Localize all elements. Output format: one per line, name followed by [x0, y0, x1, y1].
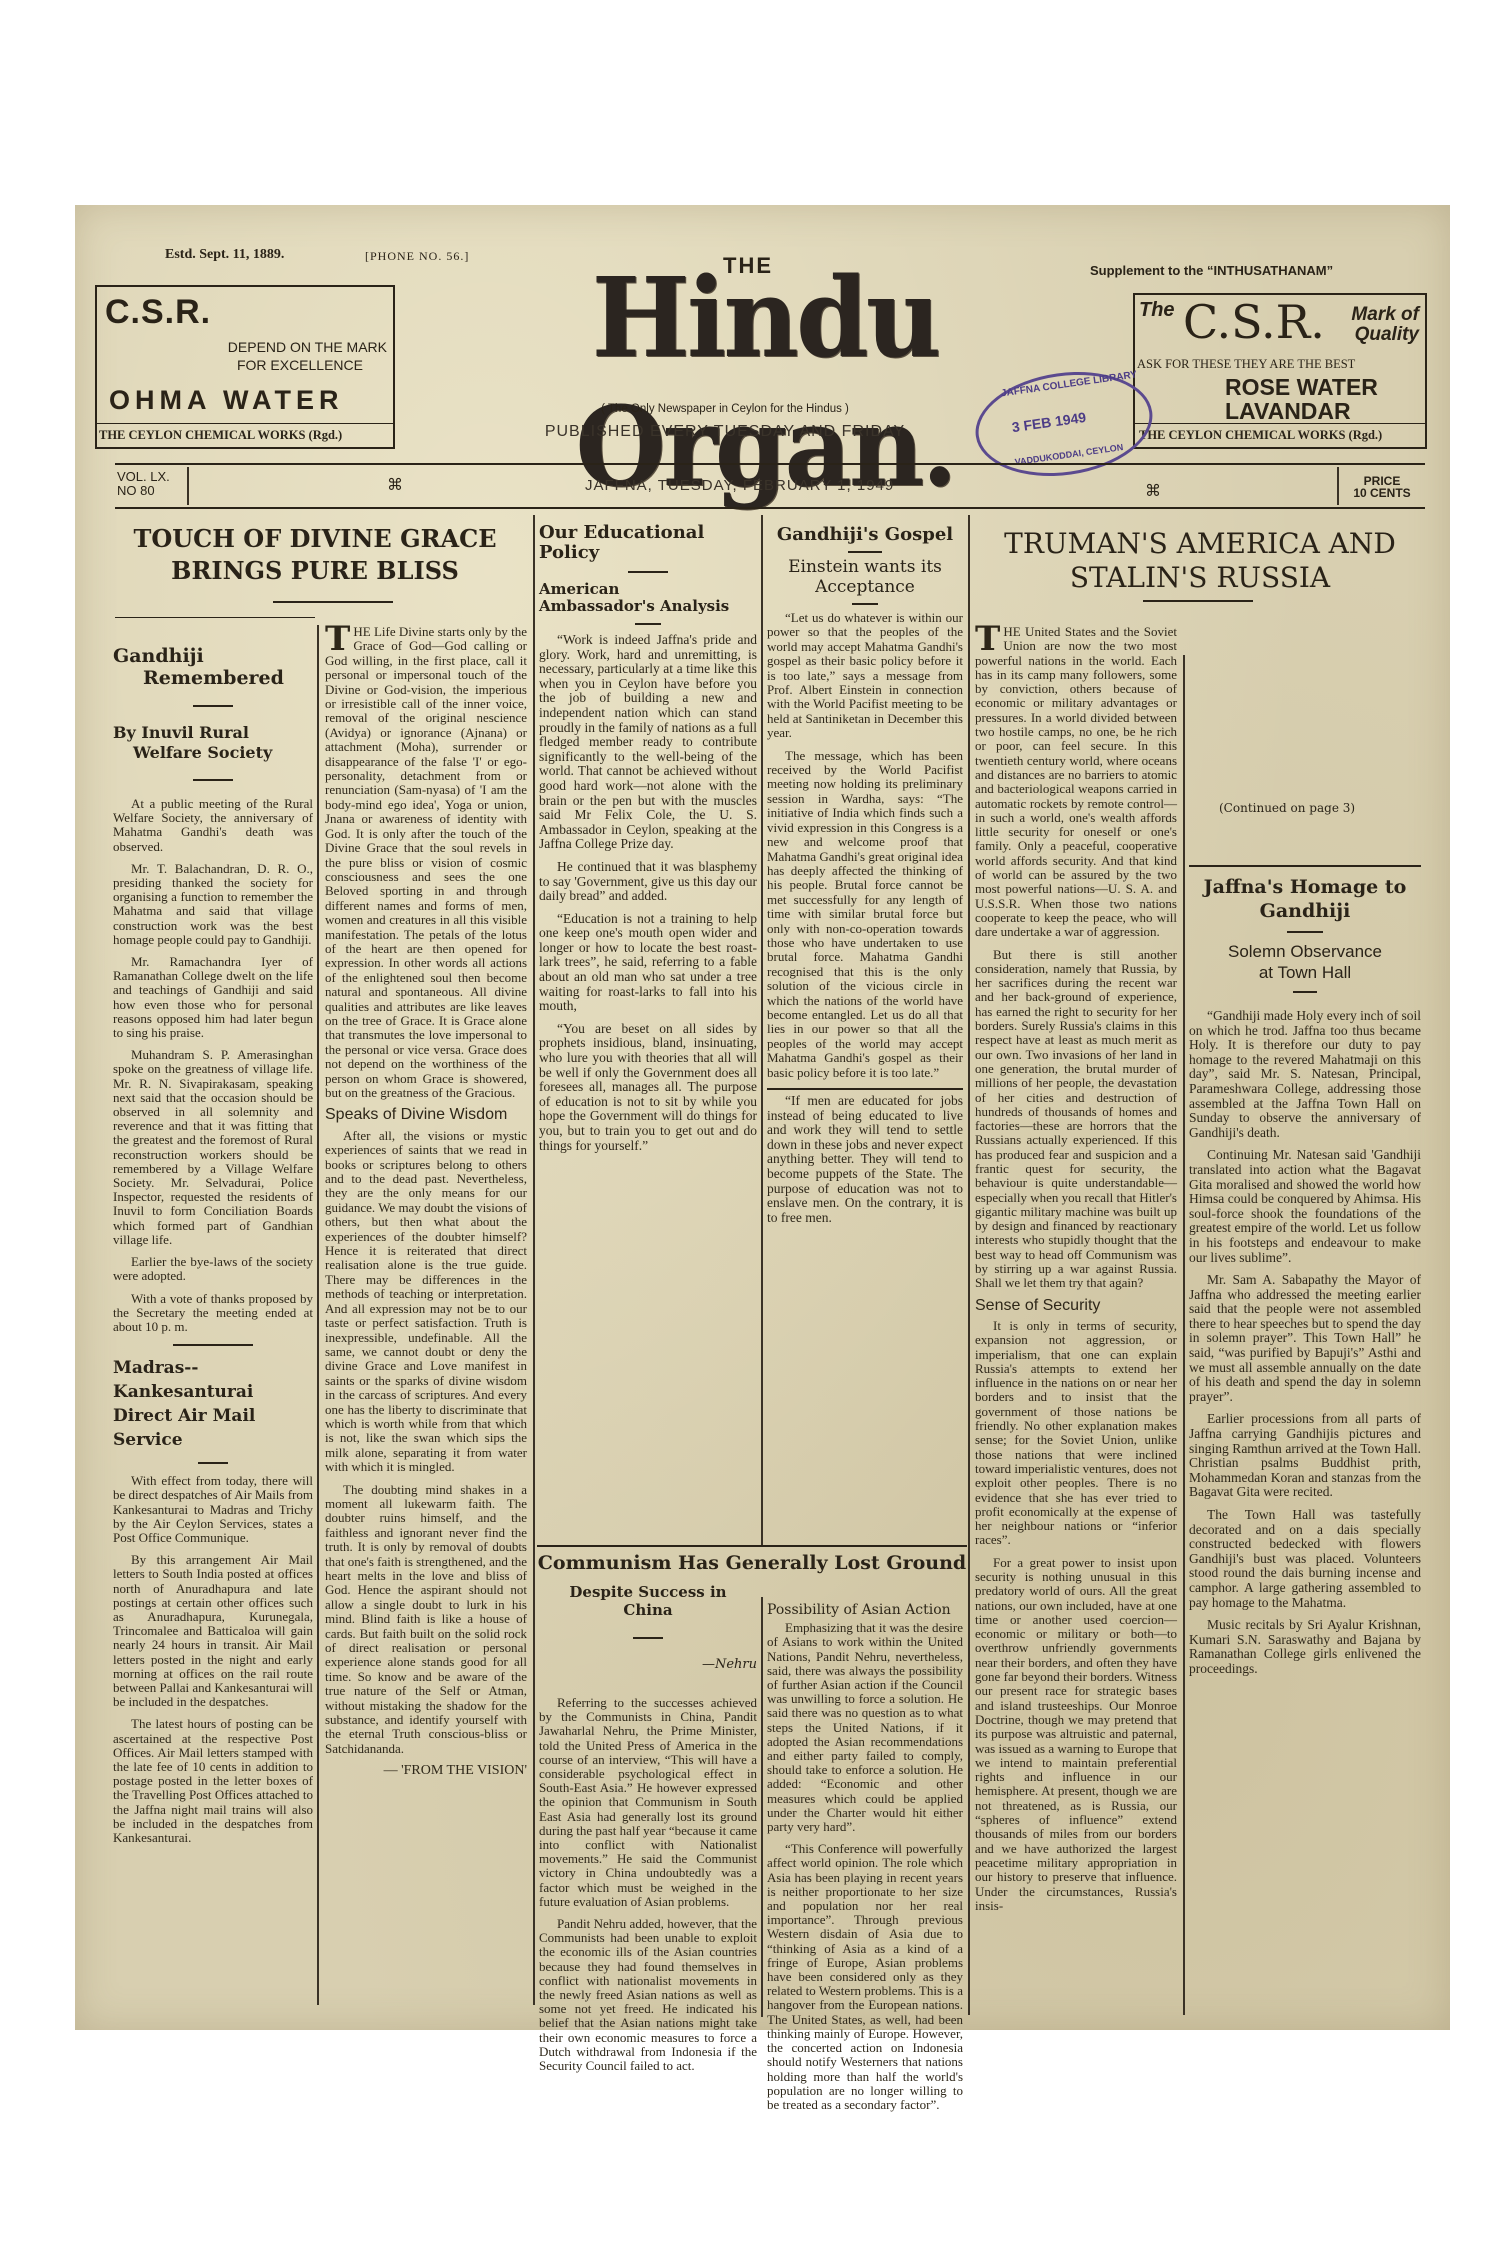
article-body: “Let us do whatever is within our power …: [767, 611, 963, 1080]
article-truman-body: THE United States and the Soviet Union a…: [975, 625, 1177, 1921]
subhead-einstein: Einstein wants its Acceptance: [767, 557, 963, 597]
ad-rose-water: The C.S.R. Mark of Quality ASK FOR THESE…: [1133, 293, 1427, 449]
subhead-divine-wisdom: Speaks of Divine Wisdom: [325, 1108, 527, 1122]
dropcap: T: [325, 625, 350, 653]
signature: — 'FROM THE VISION': [325, 1764, 527, 1778]
ad-company: THE CEYLON CHEMICAL WORKS (Rgd.): [99, 428, 342, 443]
headline-jaffna-homage: Jaffna's Homage to Gandhiji: [1189, 875, 1421, 923]
headline-gandhiji-gospel: Gandhiji's Gospel: [767, 523, 963, 547]
dropcap: T: [975, 625, 1000, 653]
article-body: Referring to the successes achieved by t…: [539, 1696, 757, 2073]
ad-products: ROSE WATER LAVANDAR: [1225, 375, 1378, 423]
article-communism-continued: Possibility of Asian Action Emphasizing …: [767, 1585, 963, 2120]
article-gandhiji-gospel: Gandhiji's Gospel Einstein wants its Acc…: [767, 523, 963, 1233]
continued-note: (Continued on page 3): [1219, 801, 1355, 815]
headline-communism: Communism Has Generally Lost Ground: [537, 1551, 967, 1575]
article-communism: Despite Success in China —Nehru Referrin…: [539, 1583, 757, 2081]
ad-mark-of-quality: Mark of Quality: [1351, 305, 1419, 345]
established-date: Estd. Sept. 11, 1889.: [165, 247, 284, 263]
article-body: “Work is indeed Jaffna's pride and glory…: [539, 633, 757, 1153]
volume-number: VOL. LX. NO 80: [117, 470, 170, 498]
article-gandhiji-remembered: Gandhiji Remembered By Inuvil Rural Welf…: [113, 625, 313, 1853]
ad-brand-script: C.S.R.: [1183, 295, 1325, 349]
truman-spillover: [1189, 625, 1421, 865]
ad-ask: ASK FOR THESE THEY ARE THE BEST: [1137, 357, 1355, 372]
price: PRICE 10 CENTS: [1347, 475, 1417, 499]
masthead-tagline: ( The Only Newspaper in Ceylon for the H…: [545, 403, 905, 415]
ad-company: THE CEYLON CHEMICAL WORKS (Rgd.): [1139, 428, 1382, 443]
ornament-left: ⌘: [387, 475, 403, 494]
ad-the: The: [1139, 299, 1175, 322]
ad-brand: C.S.R.: [105, 293, 211, 332]
subhead-asian-action: Possibility of Asian Action: [767, 1603, 963, 1617]
attribution-nehru: —Nehru: [539, 1657, 757, 1672]
headline-truman: TRUMAN'S AMERICA AND STALIN'S RUSSIA: [975, 527, 1425, 595]
subhead-security: Sense of Security: [975, 1299, 1177, 1313]
ad-slogan-1: DEPEND ON THE MARK: [228, 339, 387, 356]
stamp-date: 3 FEB 1949: [1011, 409, 1087, 435]
publication-schedule: PUBLISHED EVERY TUESDAY AND FRIDAY: [495, 423, 955, 441]
headline-air-mail: Madras--Kankesanturai Direct Air Mail Se…: [113, 1356, 313, 1452]
subhead-china: Despite Success in China: [539, 1583, 757, 1619]
headline-divine-grace: TOUCH OF DIVINE GRACE BRINGS PURE BLISS: [105, 523, 525, 587]
article-body: At a public meeting of the Rural Welfare…: [113, 797, 313, 1334]
article-jaffna-homage: (Continued on page 3) Jaffna's Homage to…: [1189, 625, 1421, 1685]
ornament-right: ⌘: [1145, 481, 1161, 500]
newspaper-page: Estd. Sept. 11, 1889. [PHONE NO. 56.] Su…: [75, 205, 1450, 2030]
headline-gandhiji-remembered: Gandhiji Remembered: [113, 645, 313, 689]
ad-ohma-water: C.S.R. DEPEND ON THE MARK FOR EXCELLENCE…: [95, 285, 395, 449]
subhead-town-hall: Solemn Observance at Town Hall: [1189, 941, 1421, 983]
article-body: “Gandhiji made Holy every inch of soil o…: [1189, 1009, 1421, 1677]
subhead-ambassador: American Ambassador's Analysis: [539, 581, 757, 615]
dateline: JAFFNA, TUESDAY, FEBRUARY 1, 1949: [585, 477, 894, 494]
article-body-continued: “If men are educated for jobs instead of…: [767, 1094, 963, 1225]
article-body-air-mail: With effect from today, there will be di…: [113, 1474, 313, 1845]
article-educational-policy: Our Educational Policy American Ambassad…: [539, 523, 757, 1161]
ad-slogan-2: FOR EXCELLENCE: [237, 357, 363, 374]
headline-educational-policy: Our Educational Policy: [539, 523, 757, 563]
article-divine-grace-body: THE Life Divine starts only by the Grace…: [325, 625, 527, 1779]
ad-product: OHMA WATER: [109, 385, 343, 416]
byline: By Inuvil Rural Welfare Society: [113, 723, 313, 763]
